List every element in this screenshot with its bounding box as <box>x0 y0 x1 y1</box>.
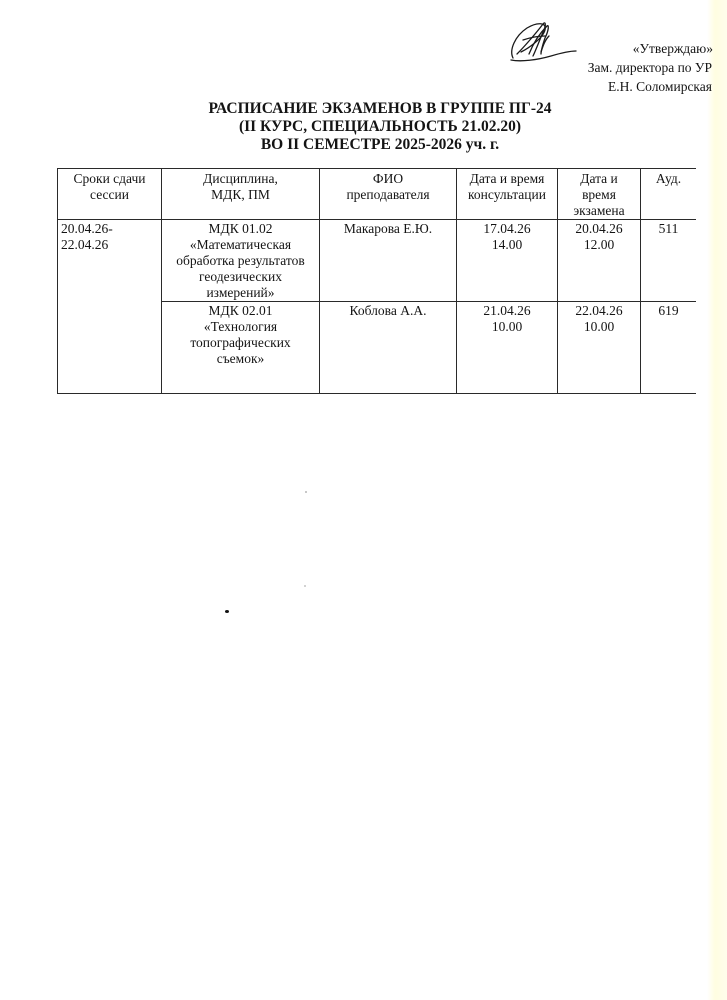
session-period-cell: 20.04.26- 22.04.26 <box>58 220 162 394</box>
approval-block: «Утверждаю» Зам. директора по УР Е.Н. Со… <box>588 39 713 96</box>
document-title: РАСПИСАНИЕ ЭКЗАМЕНОВ В ГРУППЕ ПГ-24 (II … <box>0 100 727 154</box>
signature-icon <box>507 18 577 64</box>
exam-cell: 20.04.26 12.00 <box>558 220 641 302</box>
exam-schedule-table: Сроки сдачи сессии Дисциплина, МДК, ПМ Ф… <box>57 168 696 394</box>
scan-speck <box>304 585 306 587</box>
approval-position: Зам. директора по УР <box>588 58 712 77</box>
table-row: 20.04.26- 22.04.26 МДК 01.02 «Математиче… <box>58 220 697 302</box>
room-cell: 619 <box>641 302 697 394</box>
header-consultation: Дата и время консультации <box>457 169 558 220</box>
scan-speck <box>225 610 229 613</box>
consultation-cell: 21.04.26 10.00 <box>457 302 558 394</box>
room-cell: 511 <box>641 220 697 302</box>
header-period: Сроки сдачи сессии <box>58 169 162 220</box>
approval-name: Е.Н. Соломирская <box>588 77 712 96</box>
header-teacher: ФИО преподавателя <box>320 169 457 220</box>
title-line-2: (II КУРС, СПЕЦИАЛЬНОСТЬ 21.02.20) <box>0 118 727 136</box>
header-discipline: Дисциплина, МДК, ПМ <box>162 169 320 220</box>
title-line-1: РАСПИСАНИЕ ЭКЗАМЕНОВ В ГРУППЕ ПГ-24 <box>0 100 727 118</box>
consultation-cell: 17.04.26 14.00 <box>457 220 558 302</box>
header-exam: Дата и время экзамена <box>558 169 641 220</box>
teacher-cell: Коблова А.А. <box>320 302 457 394</box>
scan-speck <box>305 491 307 493</box>
table-header-row: Сроки сдачи сессии Дисциплина, МДК, ПМ Ф… <box>58 169 697 220</box>
discipline-cell: МДК 02.01 «Технология топографических съ… <box>162 302 320 394</box>
discipline-cell: МДК 01.02 «Математическая обработка резу… <box>162 220 320 302</box>
header-room: Ауд. <box>641 169 697 220</box>
approval-stamp: «Утверждаю» <box>588 39 713 58</box>
exam-cell: 22.04.26 10.00 <box>558 302 641 394</box>
teacher-cell: Макарова Е.Ю. <box>320 220 457 302</box>
title-line-3: ВО II СЕМЕСТРЕ 2025-2026 уч. г. <box>0 136 727 154</box>
